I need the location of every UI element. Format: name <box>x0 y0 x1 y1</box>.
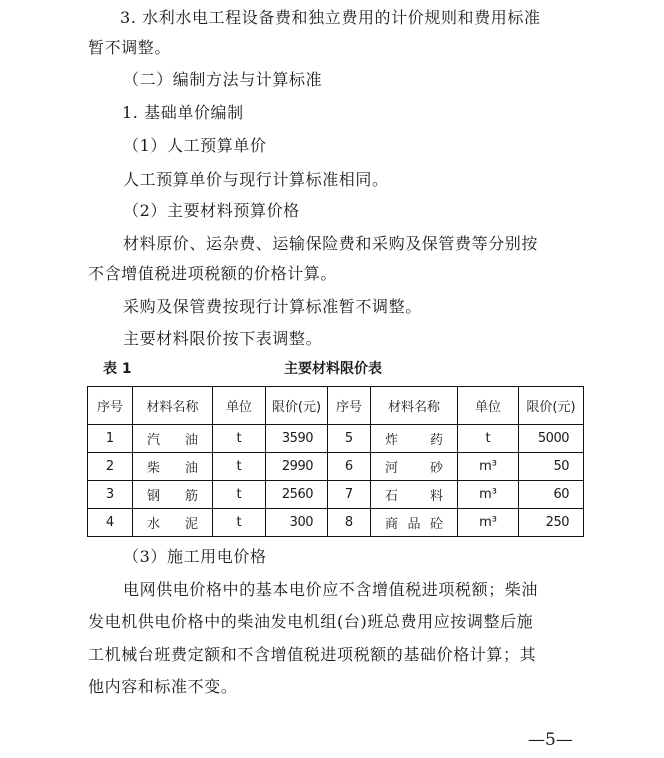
header-price: 限价(元) <box>519 387 584 425</box>
cell-no: 4 <box>88 509 133 537</box>
paragraph-line: 他内容和标准不变。 <box>88 677 237 697</box>
material-name-char: 水 <box>147 513 160 532</box>
table-row: 1汽油t35905炸药t5000 <box>88 425 584 453</box>
cell-material-name: 河砂 <box>371 453 458 481</box>
cell-price: 300 <box>266 509 328 537</box>
material-name-char: 河 <box>385 457 398 476</box>
paragraph-line: 1. 基础单价编制 <box>122 103 244 123</box>
cell-price: 50 <box>519 453 584 481</box>
paragraph-line: 电网供电价格中的基本电价应不含增值税进项税额；柴油 <box>123 580 538 600</box>
cell-material-name: 水泥 <box>133 509 213 537</box>
cell-no: 8 <box>328 509 371 537</box>
paragraph-line: （2）主要材料预算价格 <box>123 201 300 221</box>
table-row: 4水泥t3008商品砼m³250 <box>88 509 584 537</box>
cell-material-name: 炸药 <box>371 425 458 453</box>
header-price: 限价(元) <box>266 387 328 425</box>
material-name-char: 油 <box>185 457 198 476</box>
paragraph-line: 不含增值税进项税额的价格计算。 <box>88 264 337 284</box>
header-name: 材料名称 <box>371 387 458 425</box>
paragraph-line: （3）施工用电价格 <box>123 547 267 567</box>
cell-no: 1 <box>88 425 133 453</box>
cell-material-name: 汽油 <box>133 425 213 453</box>
cell-no: 7 <box>328 481 371 509</box>
material-name-char: 钢 <box>147 485 160 504</box>
cell-price: 250 <box>519 509 584 537</box>
paragraph-line: 工机械台班费定额和不含增值税进项税额的基础价格计算；其 <box>88 645 536 665</box>
cell-unit: t <box>213 453 266 481</box>
header-no: 序号 <box>328 387 371 425</box>
cell-unit: t <box>213 481 266 509</box>
header-unit: 单位 <box>458 387 519 425</box>
material-name-char: 砂 <box>430 457 443 476</box>
table-label: 表 1 <box>103 360 132 378</box>
cell-unit: m³ <box>458 509 519 537</box>
table-header-row: 序号 材料名称 单位 限价(元) 序号 材料名称 单位 限价(元) <box>88 387 584 425</box>
material-name-char: 柴 <box>147 457 160 476</box>
paragraph-line: （二）编制方法与计算标准 <box>123 70 322 90</box>
material-name-char: 炸 <box>385 429 398 448</box>
cell-no: 2 <box>88 453 133 481</box>
cell-no: 6 <box>328 453 371 481</box>
cell-material-name: 柴油 <box>133 453 213 481</box>
material-name-char: 汽 <box>147 429 160 448</box>
paragraph-line: 发电机供电价格中的柴油发电机组(台)班总费用应按调整后施 <box>88 612 533 632</box>
material-name-char: 油 <box>185 429 198 448</box>
cell-unit: t <box>458 425 519 453</box>
cell-price: 5000 <box>519 425 584 453</box>
cell-material-name: 钢筋 <box>133 481 213 509</box>
material-price-table: 序号 材料名称 单位 限价(元) 序号 材料名称 单位 限价(元) 1汽油t35… <box>87 386 584 537</box>
cell-no: 3 <box>88 481 133 509</box>
cell-no: 5 <box>328 425 371 453</box>
header-name: 材料名称 <box>133 387 213 425</box>
cell-unit: m³ <box>458 453 519 481</box>
cell-price: 60 <box>519 481 584 509</box>
header-unit: 单位 <box>213 387 266 425</box>
table-row: 3钢筋t25607石料m³60 <box>88 481 584 509</box>
cell-unit: m³ <box>458 481 519 509</box>
material-name-char: 品 <box>407 513 420 532</box>
cell-price: 3590 <box>266 425 328 453</box>
cell-unit: t <box>213 425 266 453</box>
paragraph-line: 主要材料限价按下表调整。 <box>123 329 322 349</box>
material-name-char: 药 <box>430 429 443 448</box>
cell-material-name: 石料 <box>371 481 458 509</box>
material-name-char: 料 <box>430 485 443 504</box>
material-name-char: 砼 <box>430 513 443 532</box>
paragraph-line: 材料原价、运杂费、运输保险费和采购及保管费等分别按 <box>123 234 538 254</box>
cell-price: 2560 <box>266 481 328 509</box>
header-no: 序号 <box>88 387 133 425</box>
cell-price: 2990 <box>266 453 328 481</box>
page-number: —5— <box>528 730 573 750</box>
material-name-char: 石 <box>385 485 398 504</box>
material-name-char: 泥 <box>185 513 198 532</box>
paragraph-line: 采购及保管费按现行计算标准暂不调整。 <box>123 297 422 317</box>
cell-unit: t <box>213 509 266 537</box>
paragraph-line: 人工预算单价与现行计算标准相同。 <box>123 170 389 190</box>
material-name-char: 商 <box>385 513 398 532</box>
material-name-char: 筋 <box>185 485 198 504</box>
table-title: 主要材料限价表 <box>284 360 382 378</box>
table-row: 2柴油t29906河砂m³50 <box>88 453 584 481</box>
paragraph-line: 3. 水利水电工程设备费和独立费用的计价规则和费用标准 <box>120 8 541 28</box>
cell-material-name: 商品砼 <box>371 509 458 537</box>
paragraph-line: （1）人工预算单价 <box>123 136 267 156</box>
paragraph-line: 暂不调整。 <box>88 38 171 58</box>
